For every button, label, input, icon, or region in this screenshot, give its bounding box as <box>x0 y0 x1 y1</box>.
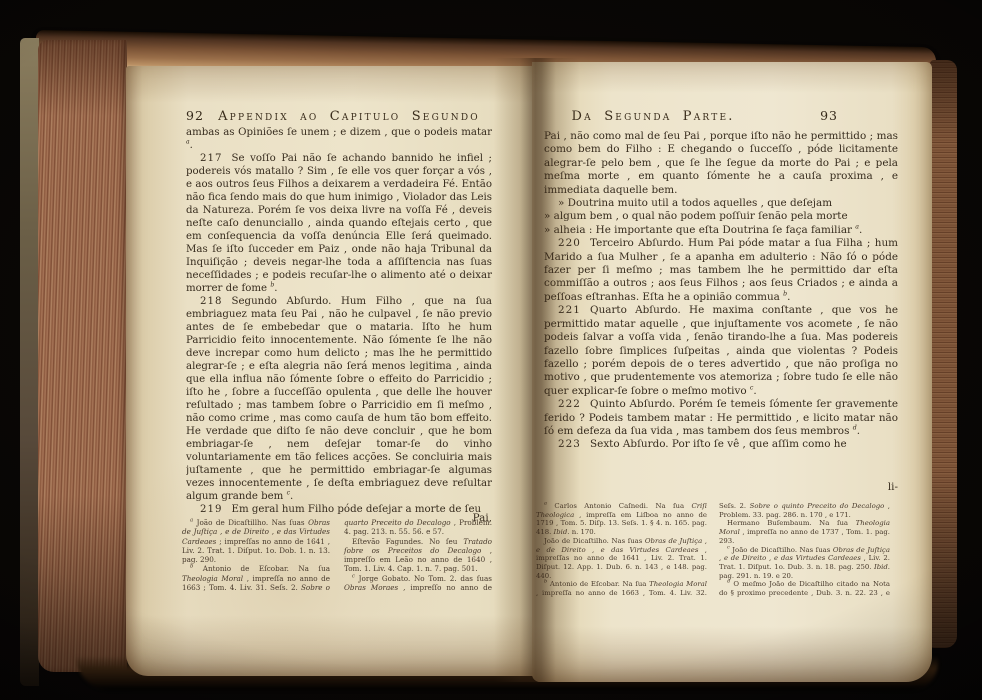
footnote: c João de Dicaſtilho. Nas ſuas Obras de … <box>719 546 890 581</box>
paragraph: » Doutrina muito util a todos aquelles ,… <box>544 197 898 237</box>
footnote-text: Hermano Buſembaum. Na ſua <box>727 519 856 527</box>
footnote-mark: d <box>727 579 730 585</box>
paragraph: ambas as Opiniões ſe unem ; e dizem , qu… <box>186 126 492 152</box>
footnote-marker: b <box>270 282 274 289</box>
page-header: 92 Appendix ao Capitulo Segundo <box>186 108 494 124</box>
running-title: Da Segunda Parte. <box>544 109 820 124</box>
book-cover-edge-left <box>20 38 39 686</box>
footnote-mark: a <box>190 518 193 524</box>
paragraph-number: 222 <box>558 398 585 410</box>
footnote: a João de Dicaſtillho. Nas ſuas Obras de… <box>182 518 330 564</box>
footnote-text: João de Dicaſtilho. Nas ſuas <box>544 537 645 545</box>
paragraph: 219 Em geral hum Filho póde deſejar a mo… <box>186 503 492 516</box>
footnote-text: Eſtevão Fagundes. No ſeu <box>352 537 463 546</box>
catchword: li- <box>888 481 898 493</box>
footnote-text: João de Dicaſtilho. Nas ſuas <box>732 546 833 554</box>
footnote-text: , impreſſa no anno de 1737 , Tom. 1. pag… <box>719 528 890 545</box>
footnote-title-italic: Sobre o quinto Preceito do Decalogo <box>750 502 885 510</box>
book-fore-edge-left <box>38 40 127 672</box>
running-title: Appendix ao Capitulo Segundo <box>204 109 494 124</box>
footnote: Eſtevão Fagundes. No ſeu Tratado ſobre o… <box>344 537 492 574</box>
paragraph: Pai , não como mal de ſeu Pai , porque i… <box>544 130 898 197</box>
paragraph-number: 221 <box>558 304 585 316</box>
paragraph: 218 Segundo Abſurdo. Hum Filho , que na … <box>186 295 492 503</box>
footnote-title-italic: Theologia Moral <box>182 574 243 583</box>
paragraph: 223 Sexto Abſurdo. Por iſto ſe vê , que … <box>544 438 898 451</box>
paragraph: 217 Se voſſo Pai não ſe achando bannido … <box>186 152 492 295</box>
footnote-mark: c <box>352 573 355 579</box>
page-right: Da Segunda Parte. 93 Pai , não como mal … <box>532 62 932 682</box>
paragraph-number: 223 <box>558 438 585 450</box>
paragraph-number: 217 <box>200 153 226 164</box>
paragraph: 220 Terceiro Abſurdo. Hum Pai póde matar… <box>544 237 898 304</box>
page-body: ambas as Opiniões ſe unem ; e dizem , qu… <box>186 126 492 518</box>
page-header: Da Segunda Parte. 93 <box>544 108 900 124</box>
footnote-text: n. 170. <box>570 528 596 536</box>
footnotes-section: a João de Dicaſtillho. Nas ſuas Obras de… <box>182 518 492 604</box>
book-fore-edge-right <box>930 60 957 648</box>
footnote: a Carlos Antonio Caſnedi. Na ſua Criſi T… <box>536 502 707 537</box>
paragraph-number: 218 <box>200 296 226 307</box>
footnote-title-italic: Ibid. <box>874 563 890 571</box>
footnote-mark: b <box>544 579 547 585</box>
footnote-title-italic: Ibid. <box>554 528 570 536</box>
page-number: 93 <box>820 108 838 123</box>
page-body: Pai , não como mal de ſeu Pai , porque i… <box>544 130 898 500</box>
page-number: 92 <box>186 108 204 123</box>
footnote-mark: a <box>544 502 547 507</box>
footnotes-section: a Carlos Antonio Caſnedi. Na ſua Criſi T… <box>536 502 890 600</box>
paragraph-number: 219 <box>200 504 226 515</box>
footnote-marker: c <box>287 490 290 497</box>
footnote-marker: c <box>750 384 754 391</box>
footnote-text: Antonio de Eſcobar. Na ſua <box>550 580 649 588</box>
footnote-text: Carlos Antonio Caſnedi. Na ſua <box>554 502 691 510</box>
footnote-text: João de Dicaſtillho. Nas ſuas <box>197 518 309 527</box>
footnote-marker: a <box>186 139 190 146</box>
photo-background: 92 Appendix ao Capitulo Segundo ambas as… <box>0 0 982 700</box>
footnote-mark: b <box>190 564 193 570</box>
footnote: João de Dicaſtilho. Nas ſuas Obras de Ju… <box>536 537 707 581</box>
footnote-text: Antonio de Eſcobar. Na ſua <box>203 564 330 573</box>
footnote-text: Jorge Gobato. No Tom. 2. das ſuas <box>359 574 492 583</box>
footnote: Hermano Buſembaum. Na ſua Theologia Mora… <box>719 519 890 545</box>
paragraph-number: 220 <box>558 237 585 249</box>
footnote-marker: a <box>855 223 859 230</box>
footnote-marker: d <box>853 424 857 431</box>
footnote-marker: b <box>783 290 787 297</box>
footnote-mark: c <box>727 544 730 550</box>
footnote-title-italic: Obras Moraes <box>344 583 398 592</box>
paragraph: 222 Quinto Abſurdo. Porém ſe temeis ſóme… <box>544 398 898 438</box>
page-left: 92 Appendix ao Capitulo Segundo ambas as… <box>126 66 538 676</box>
paragraph: 221 Quarto Abſurdo. He maxima conſtante … <box>544 304 898 398</box>
footnote-title-italic: Theologia Moral <box>649 580 707 588</box>
